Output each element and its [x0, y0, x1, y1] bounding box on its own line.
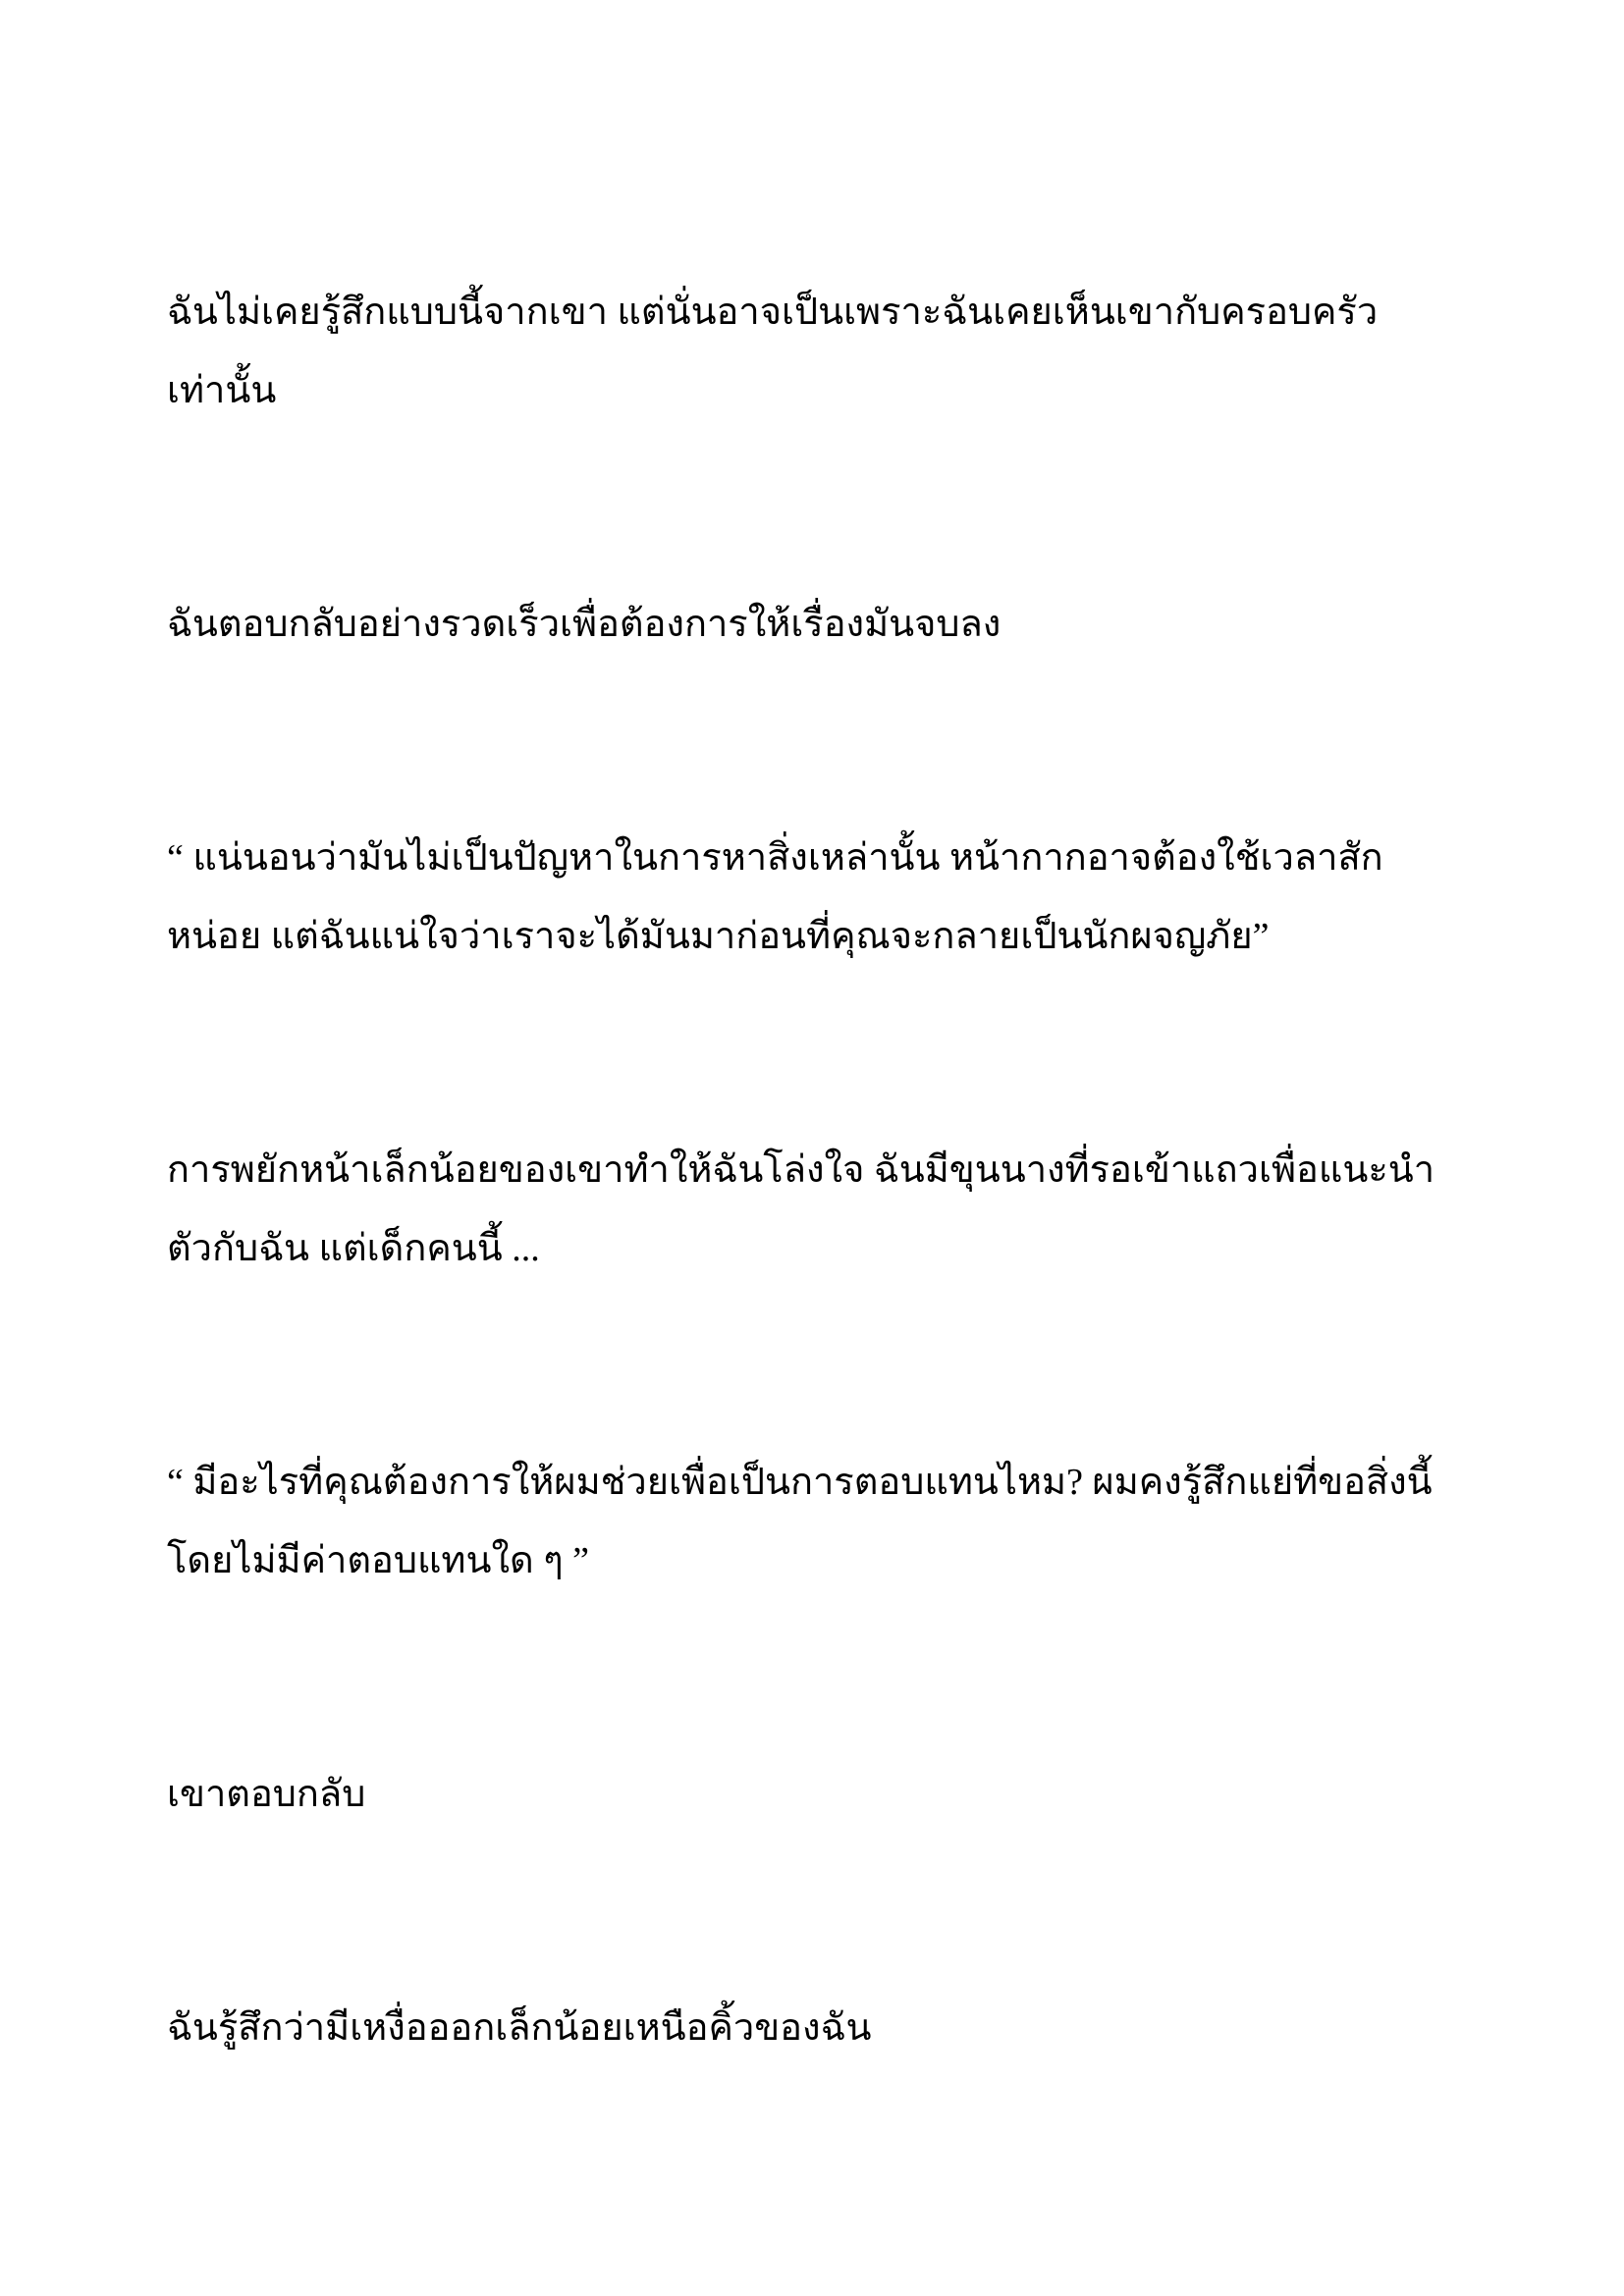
document-page: ฉันไม่เคยรู้สึกแบบนี้จากเขา แต่นั่นอาจเป… [0, 0, 1624, 2296]
story-paragraph-2: ฉันตอบกลับอย่างรวดเร็วเพื่อต้องการให้เรื… [167, 585, 1455, 664]
story-paragraph-6: เขาตอบกลับ [167, 1755, 1455, 1834]
story-paragraph-4: การพยักหน้าเล็กน้อยของเขาทำให้ฉันโล่งใจ … [167, 1131, 1455, 1288]
story-paragraph-3-dialogue: “ แน่นอนว่ามันไม่เป็นปัญหาในการหาสิ่งเหล… [167, 819, 1455, 976]
story-paragraph-7: ฉันรู้สึกว่ามีเหงื่อออกเล็กน้อยเหนือคิ้ว… [167, 1989, 1455, 2067]
story-paragraph-5-dialogue: “ มีอะไรที่คุณต้องการให้ผมช่วยเพื่อเป็นก… [167, 1443, 1455, 1600]
story-paragraph-1: ฉันไม่เคยรู้สึกแบบนี้จากเขา แต่นั่นอาจเป… [167, 273, 1455, 430]
